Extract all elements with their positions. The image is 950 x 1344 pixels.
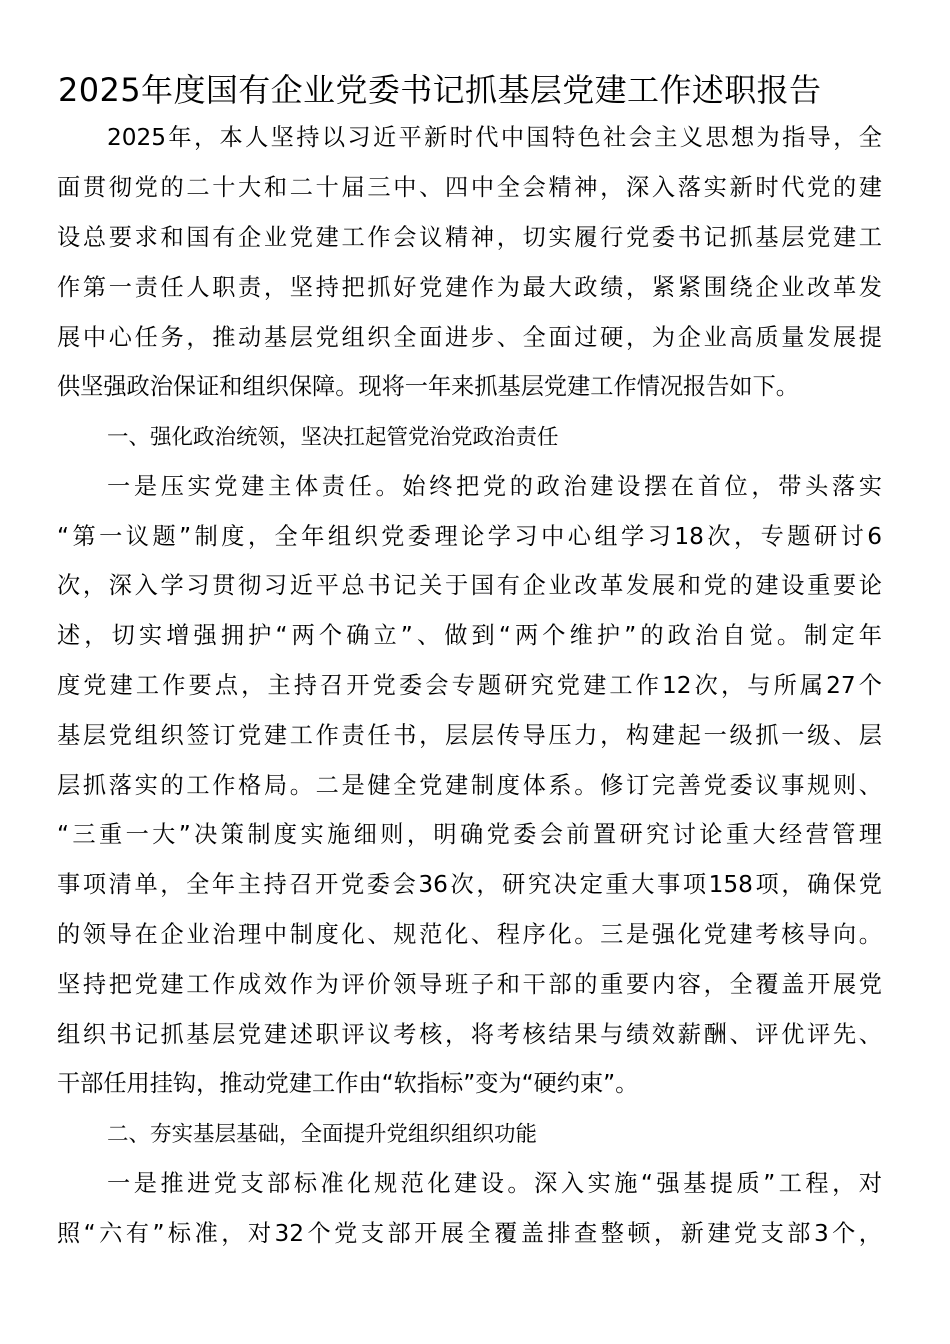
paragraph-line: 2025年，本人坚持以习近平新时代中国特色社会主义思想为指导，全: [107, 123, 882, 153]
section-heading-1: 一、强化政治统领，坚决扛起管党治党政治责任: [107, 422, 667, 452]
paragraph-line: 供坚强政治保证和组织保障。现将一年来抓基层党建工作情况报告如下。: [57, 372, 882, 402]
paragraph-line: 基层党组织签订党建工作责任书，层层传导压力，构建起一级抓一级、层: [57, 721, 882, 751]
paragraph-line: 照“六有”标准，对32个党支部开展全覆盖排查整顿，新建党支部3个，: [57, 1219, 882, 1249]
paragraph-line: 干部任用挂钩，推动党建工作由“软指标”变为“硬约束”。: [57, 1069, 882, 1099]
paragraph-line: 坚持把党建工作成效作为评价领导班子和干部的重要内容，全覆盖开展党: [57, 970, 882, 1000]
paragraph-line: 组织书记抓基层党建述职评议考核，将考核结果与绩效薪酬、评优评先、: [57, 1020, 882, 1050]
paragraph-line: 层抓落实的工作格局。二是健全党建制度体系。修订完善党委议事规则、: [57, 771, 882, 801]
paragraph-line: 次，深入学习贯彻习近平总书记关于国有企业改革发展和党的建设重要论: [57, 571, 882, 601]
document-title: 2025年度国有企业党委书记抓基层党建工作述职报告: [58, 70, 898, 110]
paragraph-line: 的领导在企业治理中制度化、规范化、程序化。三是强化党建考核导向。: [57, 920, 882, 950]
paragraph-line: 度党建工作要点，主持召开党委会专题研究党建工作12次，与所属27个: [57, 671, 882, 701]
paragraph-line: 述，切实增强拥护“两个确立”、做到“两个维护”的政治自觉。制定年: [57, 621, 882, 651]
paragraph-line: “三重一大”决策制度实施细则，明确党委会前置研究讨论重大经营管理: [57, 820, 882, 850]
paragraph-line: 一是压实党建主体责任。始终把党的政治建设摆在首位，带头落实: [107, 472, 882, 502]
paragraph-line: 一是推进党支部标准化规范化建设。深入实施“强基提质”工程，对: [107, 1169, 882, 1199]
paragraph-line: 展中心任务，推动基层党组织全面进步、全面过硬，为企业高质量发展提: [57, 323, 882, 353]
section-heading-2: 二、夯实基层基础，全面提升党组织组织功能: [107, 1119, 667, 1149]
paragraph-line: 面贯彻党的二十大和二十届三中、四中全会精神，深入落实新时代党的建: [57, 173, 882, 203]
document-page: 2025年度国有企业党委书记抓基层党建工作述职报告 2025年，本人坚持以习近平…: [0, 0, 950, 1344]
paragraph-line: “第一议题”制度，全年组织党委理论学习中心组学习18次，专题研讨6: [57, 522, 882, 552]
paragraph-line: 作第一责任人职责，坚持把抓好党建作为最大政绩，紧紧围绕企业改革发: [57, 273, 882, 303]
paragraph-line: 事项清单，全年主持召开党委会36次，研究决定重大事项158项，确保党: [57, 870, 882, 900]
paragraph-line: 设总要求和国有企业党建工作会议精神，切实履行党委书记抓基层党建工: [57, 223, 882, 253]
